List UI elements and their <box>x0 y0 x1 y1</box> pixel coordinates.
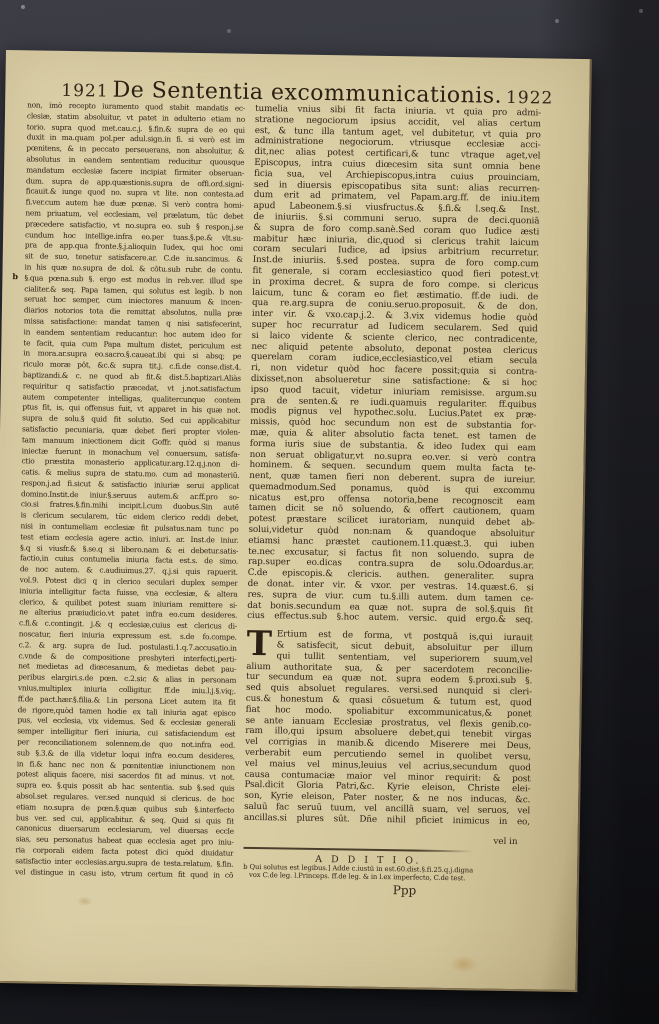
foxing-spot <box>450 955 478 973</box>
book-page: 1921 De Sententia excommunicationis. 192… <box>0 50 592 992</box>
text-column-right: tumelia vnius sibi fit facta iniuria. vt… <box>244 104 542 847</box>
gathering-signature: Ppp <box>393 883 493 899</box>
additio-section: A D D I T I O. b Qui solutus est legibus… <box>243 847 494 899</box>
foxing-spot <box>77 896 93 906</box>
text-column-left: non, imò recepto iuramento quod stabit m… <box>15 100 245 881</box>
right-column-text: tumelia vnius sibi fit facta iniuria. vt… <box>247 104 541 627</box>
margin-letter-b: b <box>12 271 18 281</box>
drop-cap-T: T <box>246 629 273 661</box>
additio-note-line: vox C.de leg. l.Princeps. ff.de leg. & i… <box>249 872 493 883</box>
tertium-paragraph-text: Ertium est de forma, vt postquā is,qui i… <box>244 629 533 828</box>
tertium-paragraph: T Ertium est de forma, vt postquā is,qui… <box>244 629 533 828</box>
catchword: vel in <box>244 832 530 846</box>
additio-divider <box>243 847 473 853</box>
page-number-left: 1921 <box>61 81 109 102</box>
page-number-right: 1922 <box>506 88 554 109</box>
dust-speckles <box>0 0 2 2</box>
